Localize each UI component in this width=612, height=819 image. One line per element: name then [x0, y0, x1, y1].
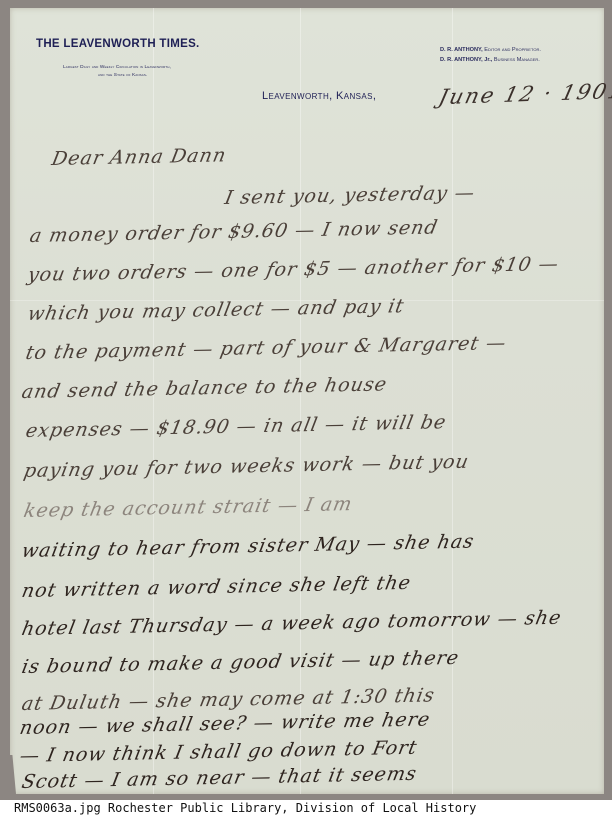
- fold-crease: [153, 8, 154, 794]
- letterhead-place: Leavenworth, Kansas,: [262, 90, 376, 102]
- staff-role: Editor and Proprietor.: [484, 47, 541, 53]
- letterhead-staff-editor: D. R. ANTHONY, Editor and Proprietor.: [440, 47, 541, 53]
- letterhead-staff-manager: D. R. ANTHONY, Jr., Business Manager.: [440, 57, 540, 63]
- fold-crease: [300, 8, 301, 794]
- staff-name: D. R. ANTHONY,: [440, 47, 483, 53]
- letterhead-subtitle: Largest Daily and Weekly Circulation in …: [63, 65, 171, 70]
- letterhead-title: THE LEAVENWORTH TIMES.: [36, 38, 200, 50]
- salutation: Dear Anna Dann: [50, 144, 228, 170]
- fold-crease: [452, 8, 453, 794]
- staff-name: D. R. ANTHONY, Jr.,: [440, 57, 492, 63]
- letterhead-subtitle: and the State of Kansas.: [98, 73, 147, 78]
- image-caption: RMS0063a.jpg Rochester Public Library, D…: [14, 801, 476, 815]
- staff-role: Business Manager.: [494, 57, 540, 63]
